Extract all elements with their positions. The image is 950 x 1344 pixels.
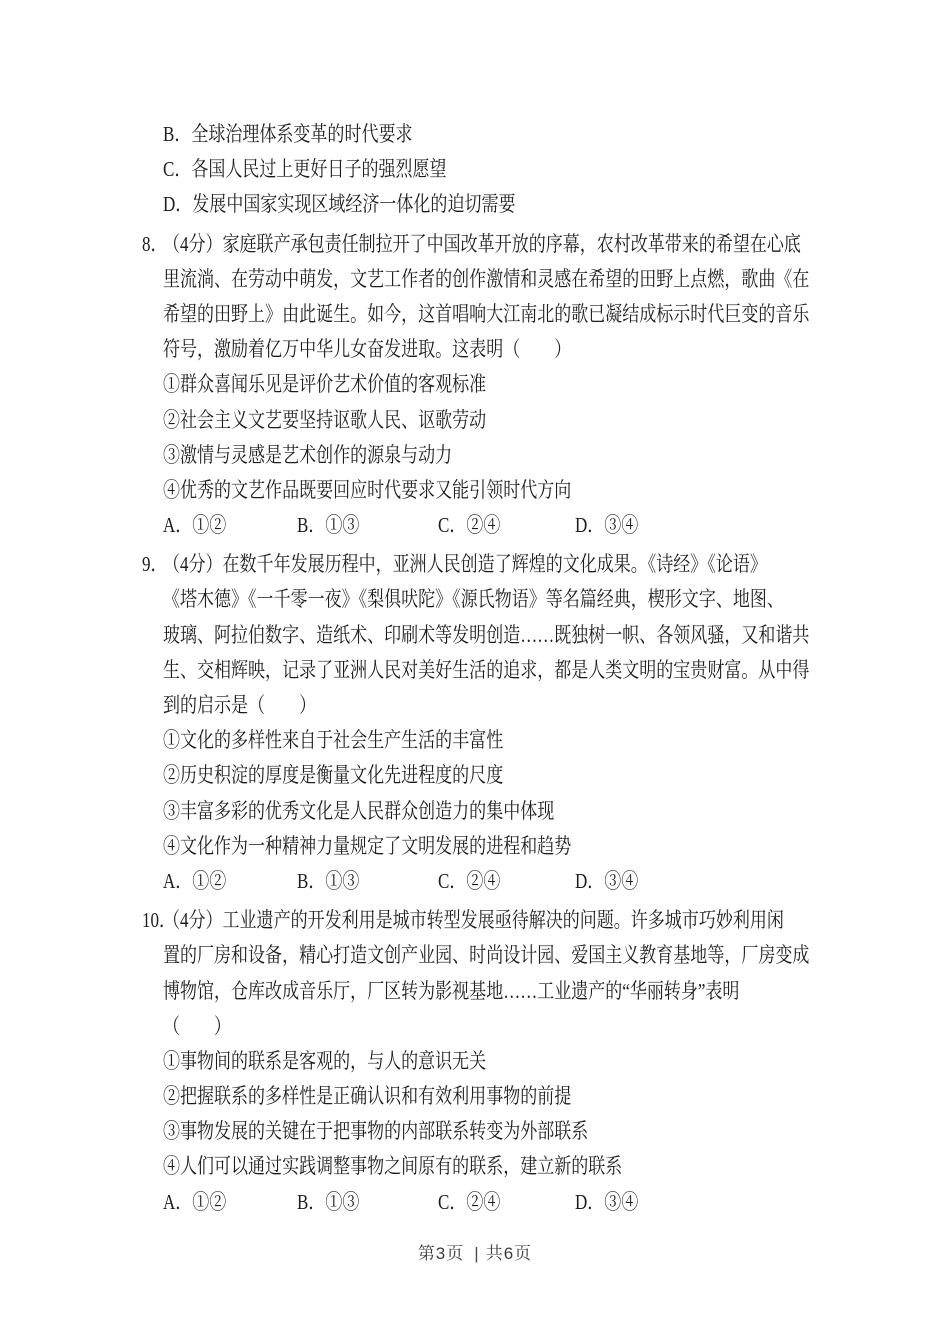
statement-text: ②社会主义文艺要坚持讴歌人民、讴歌劳动 (163, 403, 486, 438)
question-8-item-3: ③激情与灵感是艺术创作的源泉与动力 (163, 438, 853, 473)
question-9-line-2: 《塔木德》《一千零一夜》《梨俱吠陀》《源氏物语》等名篇经典，楔形文字、地图、 (163, 582, 853, 617)
statement-text: ④文化作为一种精神力量规定了文明发展的进程和趋势 (163, 829, 571, 864)
question-10-item-1: ①事物间的联系是客观的，与人的意识无关 (163, 1044, 853, 1079)
answer-option-d: D．③④ (575, 864, 638, 899)
answer-option-a: A．①② (163, 864, 226, 899)
statement-text: ②把握联系的多样性是正确认识和有效利用事物的前提 (163, 1079, 571, 1114)
question-10: 10．（4分）工业遗产的开发利用是城市转型发展亟待解决的问题。许多城市巧妙利用闲… (163, 903, 853, 1220)
footer-page-number: 第3页 (418, 1244, 464, 1263)
question-text: 希望的田野上》由此诞生。如今，这首唱响大江南北的歌已凝结成标示时代巨变的音乐 (163, 297, 809, 332)
statement-text: ③激情与灵感是艺术创作的源泉与动力 (163, 438, 452, 473)
question-9: 9．（4分）在数千年发展历程中，亚洲人民创造了辉煌的文化成果。《诗经》《论语》 … (163, 547, 853, 899)
question-text: 里流淌、在劳动中萌发，文艺工作者的创作激情和灵感在希望的田野上点燃，歌曲《在 (163, 262, 809, 297)
question-text: （4分）工业遗产的开发利用是城市转型发展亟待解决的问题。许多城市巧妙利用闲 (163, 903, 784, 938)
question-text: （4分）家庭联产承包责任制拉开了中国改革开放的序幕，农村改革带来的希望在心底 (163, 227, 801, 262)
question-text: 玻璃、阿拉伯数字、造纸术、印刷术等发明创造……既独树一帜、各领风骚，又和谐共 (163, 618, 809, 653)
question-text: （ ） (163, 1009, 231, 1044)
question-8-line-2: 里流淌、在劳动中萌发，文艺工作者的创作激情和灵感在希望的田野上点燃，歌曲《在 (163, 262, 853, 297)
question-9-item-3: ③丰富多彩的优秀文化是人民群众创造力的集中体现 (163, 794, 853, 829)
question-7-option-c: C．各国人民过上更好日子的强烈愿望 (163, 152, 853, 187)
question-10-item-3: ③事物发展的关键在于把事物的内部联系转变为外部联系 (163, 1114, 853, 1149)
option-text: C．各国人民过上更好日子的强烈愿望 (163, 152, 447, 187)
question-10-item-4: ④人们可以通过实践调整事物之间原有的联系，建立新的联系 (163, 1149, 853, 1184)
question-8-line-4: 符号，激励着亿万中华儿女奋发进取。这表明（ ） (163, 332, 853, 367)
question-10-answer-options: A．①② B．①③ C．②④ D．③④ (163, 1185, 853, 1220)
question-8-answer-options: A．①② B．①③ C．②④ D．③④ (163, 508, 853, 543)
answer-option-b: B．①③ (297, 1185, 359, 1220)
statement-text: ①文化的多样性来自于社会生产生活的丰富性 (163, 723, 503, 758)
question-9-item-4: ④文化作为一种精神力量规定了文明发展的进程和趋势 (163, 829, 853, 864)
question-8-item-2: ②社会主义文艺要坚持讴歌人民、讴歌劳动 (163, 403, 853, 438)
question-10-line-3: 博物馆，仓库改成音乐厅，厂区转为影视基地……工业遗产的“华丽转身”表明 (163, 974, 853, 1009)
question-9-line-4: 生、交相辉映，记录了亚洲人民对美好生活的追求，都是人类文明的宝贵财富。从中得 (163, 653, 853, 688)
answer-option-c: C．②④ (438, 1185, 500, 1220)
answer-option-c: C．②④ (438, 864, 500, 899)
question-9-line-5: 到的启示是（ ） (163, 688, 853, 723)
question-8-item-1: ①群众喜闻乐见是评价艺术价值的客观标准 (163, 367, 853, 402)
question-text: 博物馆，仓库改成音乐厅，厂区转为影视基地……工业遗产的“华丽转身”表明 (163, 974, 739, 1009)
question-7-option-b: B．全球治理体系变革的时代要求 (163, 117, 853, 152)
answer-option-a: A．①② (163, 1185, 226, 1220)
footer-separator: | (474, 1244, 479, 1263)
question-text: 到的启示是（ ） (163, 688, 316, 723)
question-9-item-1: ①文化的多样性来自于社会生产生活的丰富性 (163, 723, 853, 758)
question-text: （4分）在数千年发展历程中，亚洲人民创造了辉煌的文化成果。《诗经》《论语》 (163, 547, 767, 582)
question-10-item-2: ②把握联系的多样性是正确认识和有效利用事物的前提 (163, 1079, 853, 1114)
answer-option-a: A．①② (163, 508, 226, 543)
question-10-line-2: 置的厂房和设备，精心打造文创产业园、时尚设计园、爱国主义教育基地等，厂房变成 (163, 938, 853, 973)
question-9-answer-options: A．①② B．①③ C．②④ D．③④ (163, 864, 853, 899)
statement-text: ③事物发展的关键在于把事物的内部联系转变为外部联系 (163, 1114, 588, 1149)
answer-option-b: B．①③ (297, 508, 359, 543)
statement-text: ①群众喜闻乐见是评价艺术价值的客观标准 (163, 367, 486, 402)
page-text-block: B．全球治理体系变革的时代要求 C．各国人民过上更好日子的强烈愿望 D．发展中国… (163, 117, 853, 1220)
option-text: D．发展中国家实现区域经济一体化的迫切需要 (163, 187, 515, 222)
question-8-line-1: 8．（4分）家庭联产承包责任制拉开了中国改革开放的序幕，农村改革带来的希望在心底 (163, 227, 853, 262)
question-8-line-3: 希望的田野上》由此诞生。如今，这首唱响大江南北的歌已凝结成标示时代巨变的音乐 (163, 297, 853, 332)
answer-option-d: D．③④ (575, 1185, 638, 1220)
question-9-line-1: 9．（4分）在数千年发展历程中，亚洲人民创造了辉煌的文化成果。《诗经》《论语》 (163, 547, 853, 582)
exam-document-page: B．全球治理体系变革的时代要求 C．各国人民过上更好日子的强烈愿望 D．发展中国… (0, 0, 950, 1344)
question-8-item-4: ④优秀的文艺作品既要回应时代要求又能引领时代方向 (163, 473, 853, 508)
question-text: 生、交相辉映，记录了亚洲人民对美好生活的追求，都是人类文明的宝贵财富。从中得 (163, 653, 809, 688)
answer-option-c: C．②④ (438, 508, 500, 543)
question-8: 8．（4分）家庭联产承包责任制拉开了中国改革开放的序幕，农村改革带来的希望在心底… (163, 227, 853, 544)
option-text: B．全球治理体系变革的时代要求 (163, 117, 412, 152)
question-10-line-4: （ ） (163, 1009, 853, 1044)
question-9-line-3: 玻璃、阿拉伯数字、造纸术、印刷术等发明创造……既独树一帜、各领风骚，又和谐共 (163, 618, 853, 653)
statement-text: ①事物间的联系是客观的，与人的意识无关 (163, 1044, 486, 1079)
footer-page-total: 共6页 (486, 1244, 532, 1263)
question-text: 置的厂房和设备，精心打造文创产业园、时尚设计园、爱国主义教育基地等，厂房变成 (163, 938, 809, 973)
statement-text: ④人们可以通过实践调整事物之间原有的联系，建立新的联系 (163, 1149, 622, 1184)
answer-option-d: D．③④ (575, 508, 638, 543)
answer-option-b: B．①③ (297, 864, 359, 899)
question-10-line-1: 10．（4分）工业遗产的开发利用是城市转型发展亟待解决的问题。许多城市巧妙利用闲 (163, 903, 853, 938)
question-7-option-d: D．发展中国家实现区域经济一体化的迫切需要 (163, 187, 853, 222)
question-7-options: B．全球治理体系变革的时代要求 C．各国人民过上更好日子的强烈愿望 D．发展中国… (163, 117, 853, 223)
statement-text: ②历史积淀的厚度是衡量文化先进程度的尺度 (163, 758, 503, 793)
question-text: 《塔木德》《一千零一夜》《梨俱吠陀》《源氏物语》等名篇经典，楔形文字、地图、 (163, 582, 784, 617)
statement-text: ③丰富多彩的优秀文化是人民群众创造力的集中体现 (163, 794, 554, 829)
question-text: 符号，激励着亿万中华儿女奋发进取。这表明（ ） (163, 332, 571, 367)
statement-text: ④优秀的文艺作品既要回应时代要求又能引领时代方向 (163, 473, 571, 508)
question-9-item-2: ②历史积淀的厚度是衡量文化先进程度的尺度 (163, 758, 853, 793)
page-footer: 第3页|共6页 (0, 1244, 950, 1264)
